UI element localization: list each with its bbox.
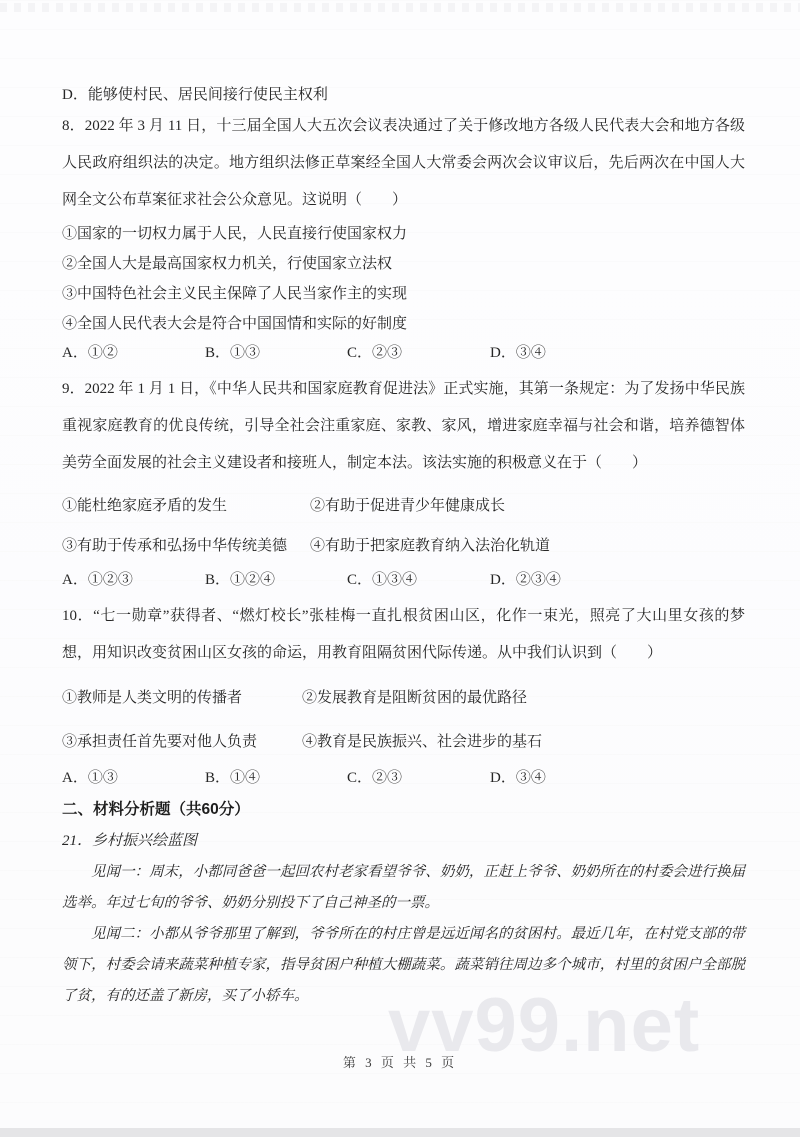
question-9-item-1: ①能杜绝家庭矛盾的发生 xyxy=(62,486,310,526)
question-8-item-3: ③中国特色社会主义民主保障了人民当家作主的实现 xyxy=(62,279,745,309)
question-8-items: ①国家的一切权力属于人民，人民直接行使国家权力 ②全国人大是最高国家权力机关，行… xyxy=(62,219,745,339)
question-8-choice-b: B．①③ xyxy=(205,339,347,368)
question-10-choices: A．①③ B．①④ C．②③ D．③④ xyxy=(62,764,745,793)
question-9-item-3: ③有助于传承和弘扬中华传统美德 xyxy=(62,526,310,566)
question-21-material-1: 见闻一：周末，小都同爸爸一起回农村老家看望爷爷、奶奶，正赶上爷爷、奶奶所在的村委… xyxy=(62,857,745,919)
question-8-choices: A．①② B．①③ C．②③ D．③④ xyxy=(62,339,745,368)
question-10-items: ①教师是人类文明的传播者 ②发展教育是阻断贫困的最优路径 ③承担责任首先要对他人… xyxy=(62,676,745,764)
question-10-choice-c: C．②③ xyxy=(347,764,490,793)
question-9-item-row-2: ③有助于传承和弘扬中华传统美德 ④有助于把家庭教育纳入法治化轨道 xyxy=(62,526,745,566)
exam-content: D．能够使村民、居民间接行使民主权利 8．2022 年 3 月 11 日，十三届… xyxy=(62,82,745,1012)
question-10-item-1: ①教师是人类文明的传播者 xyxy=(62,676,302,720)
scanned-exam-page: vv99.net D．能够使村民、居民间接行使民主权利 8．2022 年 3 月… xyxy=(0,0,800,1137)
question-8-choice-c: C．②③ xyxy=(347,339,490,368)
question-9-items: ①能杜绝家庭矛盾的发生 ②有助于促进青少年健康成长 ③有助于传承和弘扬中华传统美… xyxy=(62,486,745,566)
question-10-item-4: ④教育是民族振兴、社会进步的基石 xyxy=(302,720,745,764)
scan-artifact-bottom-edge xyxy=(0,1128,800,1137)
question-10-item-row-2: ③承担责任首先要对他人负责 ④教育是民族振兴、社会进步的基石 xyxy=(62,720,745,764)
scan-artifact-top-edge xyxy=(0,3,800,12)
question-9-choice-c: C．①③④ xyxy=(347,566,490,595)
question-8-item-2: ②全国人大是最高国家权力机关，行使国家立法权 xyxy=(62,249,745,279)
question-10-item-2: ②发展教育是阻断贫困的最优路径 xyxy=(302,676,745,720)
question-10-choice-a: A．①③ xyxy=(62,764,205,793)
question-10-stem: 10．“七一勋章”获得者、“燃灯校长”张桂梅一直扎根贫困山区，化作一束光，照亮了… xyxy=(62,598,745,672)
question-9-choice-d: D．②③④ xyxy=(490,566,745,595)
question-8-stem: 8．2022 年 3 月 11 日，十三届全国人大五次会议表决通过了关于修改地方… xyxy=(62,108,745,219)
question-9-choice-b: B．①②④ xyxy=(205,566,347,595)
question-10-choice-d: D．③④ xyxy=(490,764,745,793)
question-21-material-2: 见闻二：小都从爷爷那里了解到，爷爷所在的村庄曾是远近闻名的贫困村。最近几年，在村… xyxy=(62,919,745,1012)
page-number-footer: 第 3 页 共 5 页 xyxy=(0,1052,800,1071)
question-8-choice-d: D．③④ xyxy=(490,339,745,368)
question-10-choice-b: B．①④ xyxy=(205,764,347,793)
question-8: 8．2022 年 3 月 11 日，十三届全国人大五次会议表决通过了关于修改地方… xyxy=(62,108,745,368)
question-9-item-4: ④有助于把家庭教育纳入法治化轨道 xyxy=(310,526,745,566)
question-8-item-1: ①国家的一切权力属于人民，人民直接行使国家权力 xyxy=(62,219,745,249)
question-9-item-row-1: ①能杜绝家庭矛盾的发生 ②有助于促进青少年健康成长 xyxy=(62,486,745,526)
leftover-option-d: D．能够使村民、居民间接行使民主权利 xyxy=(62,82,745,108)
question-21-title: 21．乡村振兴绘蓝图 xyxy=(62,826,745,857)
question-21: 21．乡村振兴绘蓝图 见闻一：周末，小都同爸爸一起回农村老家看望爷爷、奶奶，正赶… xyxy=(62,826,745,1012)
section-2-header: 二、材料分析题（共60分） xyxy=(62,793,745,826)
question-8-item-4: ④全国人民代表大会是符合中国国情和实际的好制度 xyxy=(62,309,745,339)
question-9-choice-a: A．①②③ xyxy=(62,566,205,595)
question-9-stem: 9．2022 年 1 月 1 日，《中华人民共和国家庭教育促进法》正式实施，其第… xyxy=(62,371,745,482)
question-8-choice-a: A．①② xyxy=(62,339,205,368)
question-9-choices: A．①②③ B．①②④ C．①③④ D．②③④ xyxy=(62,566,745,595)
question-10: 10．“七一勋章”获得者、“燃灯校长”张桂梅一直扎根贫困山区，化作一束光，照亮了… xyxy=(62,598,745,793)
question-9: 9．2022 年 1 月 1 日，《中华人民共和国家庭教育促进法》正式实施，其第… xyxy=(62,371,745,595)
question-10-item-3: ③承担责任首先要对他人负责 xyxy=(62,720,302,764)
question-10-item-row-1: ①教师是人类文明的传播者 ②发展教育是阻断贫困的最优路径 xyxy=(62,676,745,720)
question-9-item-2: ②有助于促进青少年健康成长 xyxy=(310,486,745,526)
